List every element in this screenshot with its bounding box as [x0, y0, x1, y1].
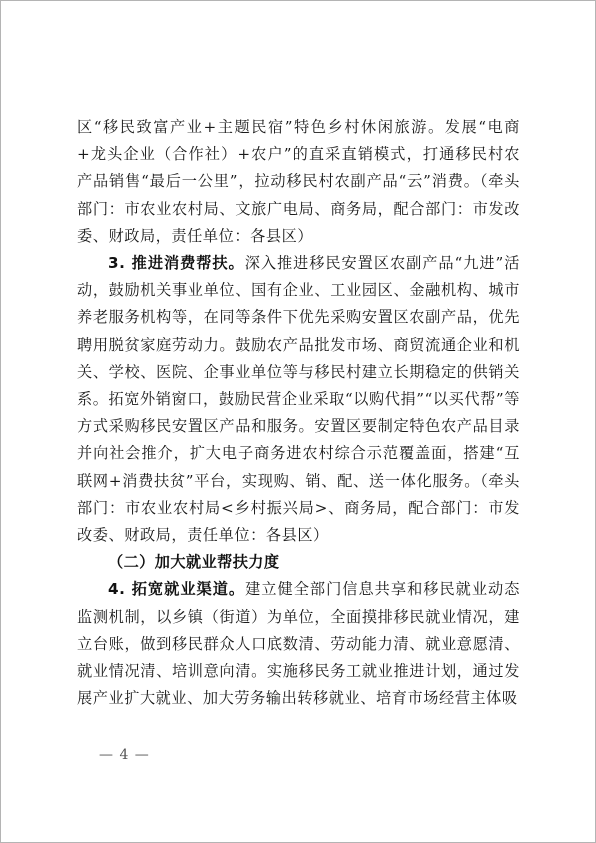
page-number: — 4 —	[99, 747, 150, 763]
paragraph-text: 区“移民致富产业+主题民宿”特色乡村休闲旅游。发展“电商+龙头企业（合作社）+农…	[77, 118, 520, 245]
paragraph-lead-title: 3. 推进消费帮扶。	[108, 254, 245, 272]
paragraph-text: 建立健全部门信息共享和移民就业动态监测机制，以乡镇（街道）为单位，全面摸排移民就…	[77, 580, 520, 707]
paragraph-employment-channels: 4. 拓宽就业渠道。建立健全部门信息共享和移民就业动态监测机制，以乡镇（街道）为…	[77, 576, 520, 712]
paragraph-continuation: 区“移民致富产业+主题民宿”特色乡村休闲旅游。发展“电商+龙头企业（合作社）+农…	[77, 114, 520, 250]
document-page: 区“移民致富产业+主题民宿”特色乡村休闲旅游。发展“电商+龙头企业（合作社）+农…	[0, 0, 596, 843]
paragraph-lead-title: 4. 拓宽就业渠道。	[108, 580, 245, 598]
section-heading: （二）加大就业帮扶力度	[77, 549, 520, 576]
paragraph-consumption-support: 3. 推进消费帮扶。深入推进移民安置区农副产品“九进”活动，鼓励机关事业单位、国…	[77, 250, 520, 549]
paragraph-text: 深入推进移民安置区农副产品“九进”活动，鼓励机关事业单位、国有企业、工业园区、金…	[77, 254, 520, 544]
document-body: 区“移民致富产业+主题民宿”特色乡村休闲旅游。发展“电商+龙头企业（合作社）+农…	[77, 114, 520, 712]
